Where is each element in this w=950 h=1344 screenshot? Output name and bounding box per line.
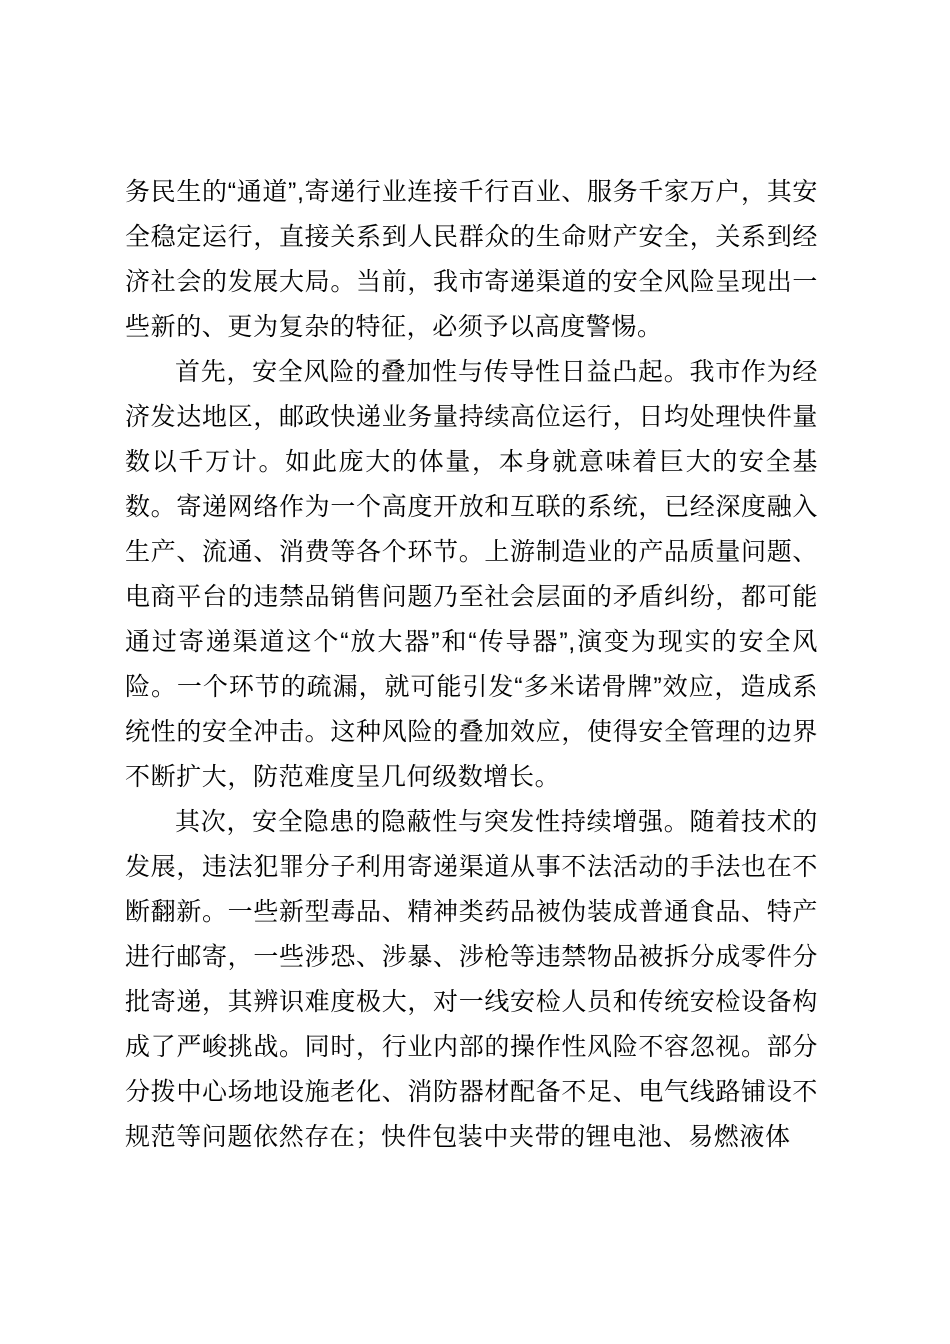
text-line: 进行邮寄，一些涉恐、涉暴、涉枪等违禁物品被拆分成零件分 bbox=[125, 935, 818, 980]
text-line: 首先，安全风险的叠加性与传导性日益凸起。我市作为经 bbox=[125, 350, 818, 395]
text-line: 统性的安全冲击。这种风险的叠加效应，使得安全管理的边界 bbox=[125, 710, 818, 755]
text-line: 数以千万计。如此庞大的体量，本身就意味着巨大的安全基 bbox=[125, 440, 818, 485]
text-line: 通过寄递渠道这个“放大器”和“传导器”,演变为现实的安全风 bbox=[125, 620, 818, 665]
document-page: 务民生的“通道”,寄递行业连接千行百业、服务千家万户，其安全稳定运行，直接关系到… bbox=[0, 0, 950, 1344]
text-line: 成了严峻挑战。同时，行业内部的操作性风险不容忽视。部分 bbox=[125, 1025, 818, 1070]
text-line: 济社会的发展大局。当前，我市寄递渠道的安全风险呈现出一 bbox=[125, 260, 818, 305]
text-line: 发展，违法犯罪分子利用寄递渠道从事不法活动的手法也在不 bbox=[125, 845, 818, 890]
text-line: 全稳定运行，直接关系到人民群众的生命财产安全，关系到经 bbox=[125, 215, 818, 260]
text-line: 险。一个环节的疏漏，就可能引发“多米诺骨牌”效应，造成系 bbox=[125, 665, 818, 710]
paragraph: 务民生的“通道”,寄递行业连接千行百业、服务千家万户，其安全稳定运行，直接关系到… bbox=[125, 170, 818, 350]
text-line: 数。寄递网络作为一个高度开放和互联的系统，已经深度融入 bbox=[125, 485, 818, 530]
text-line: 其次，安全隐患的隐蔽性与突发性持续增强。随着技术的 bbox=[125, 800, 818, 845]
text-line: 不断扩大，防范难度呈几何级数增长。 bbox=[125, 755, 818, 800]
text-line: 些新的、更为复杂的特征，必须予以高度警惕。 bbox=[125, 305, 818, 350]
paragraph: 其次，安全隐患的隐蔽性与突发性持续增强。随着技术的发展，违法犯罪分子利用寄递渠道… bbox=[125, 800, 818, 1160]
text-line: 批寄递，其辨识难度极大，对一线安检人员和传统安检设备构 bbox=[125, 980, 818, 1025]
text-line: 生产、流通、消费等各个环节。上游制造业的产品质量问题、 bbox=[125, 530, 818, 575]
text-line: 务民生的“通道”,寄递行业连接千行百业、服务千家万户，其安 bbox=[125, 170, 818, 215]
document-body: 务民生的“通道”,寄递行业连接千行百业、服务千家万户，其安全稳定运行，直接关系到… bbox=[125, 170, 818, 1160]
text-line: 电商平台的违禁品销售问题乃至社会层面的矛盾纠纷，都可能 bbox=[125, 575, 818, 620]
text-line: 济发达地区，邮政快递业务量持续高位运行，日均处理快件量 bbox=[125, 395, 818, 440]
text-line: 断翻新。一些新型毒品、精神类药品被伪装成普通食品、特产 bbox=[125, 890, 818, 935]
paragraph: 首先，安全风险的叠加性与传导性日益凸起。我市作为经济发达地区，邮政快递业务量持续… bbox=[125, 350, 818, 800]
text-line: 分拨中心场地设施老化、消防器材配备不足、电气线路铺设不 bbox=[125, 1070, 818, 1115]
text-line: 规范等问题依然存在；快件包装中夹带的锂电池、易燃液体 bbox=[125, 1115, 818, 1160]
